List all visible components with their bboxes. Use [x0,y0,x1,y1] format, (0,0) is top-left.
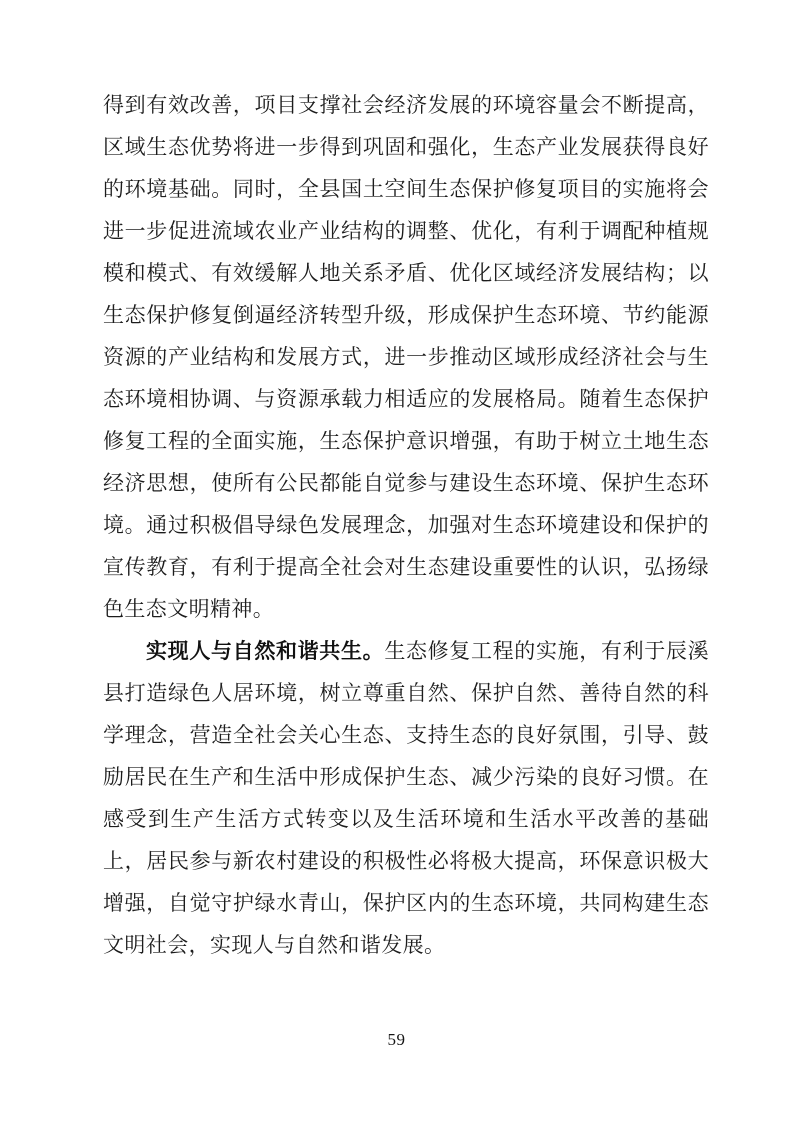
page-number: 59 [388,1030,406,1049]
document-page: 得到有效改善，项目支撑社会经济发展的环境容量会不断提高，区域生态优势将进一步得到… [0,0,793,1122]
paragraph-harmony: 实现人与自然和谐共生。生态修复工程的实施，有利于辰溪县打造绿色人居环境，树立尊重… [103,630,709,966]
page-footer: 59 [0,1030,793,1050]
paragraph-continuation: 得到有效改善，项目支撑社会经济发展的环境容量会不断提高，区域生态优势将进一步得到… [103,84,709,630]
paragraph-lead-bold: 实现人与自然和谐共生。 [146,639,384,663]
paragraph-body-text: 生态修复工程的实施，有利于辰溪县打造绿色人居环境，树立尊重自然、保护自然、善待自… [103,639,709,957]
body-text-block: 得到有效改善，项目支撑社会经济发展的环境容量会不断提高，区域生态优势将进一步得到… [103,84,709,966]
